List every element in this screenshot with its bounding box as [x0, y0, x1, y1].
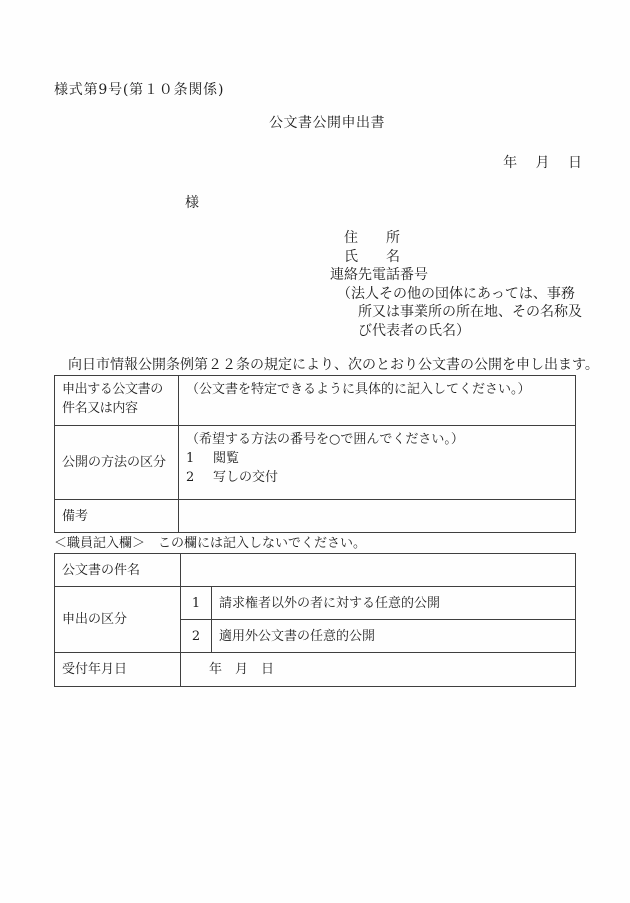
- corporate-note-line-3: び代表者の氏名）: [330, 322, 582, 341]
- method-option-1-label: 閲覧: [213, 451, 239, 466]
- category-1-number-cell: 1: [181, 587, 212, 620]
- method-input-cell: （希望する方法の番号を○で囲んでください。） 1閲覧 2写しの交付: [179, 426, 576, 500]
- staff-table: 公文書の件名 申出の区分 1 請求権者以外の者に対する任意的公開 2 適用外公文…: [54, 553, 576, 687]
- recipient-honorific: 様: [185, 192, 199, 212]
- category-1-label-cell: 請求権者以外の者に対する任意的公開: [212, 587, 576, 620]
- applicant-address-line: 住 所: [330, 229, 582, 248]
- method-option-2-label: 写しの交付: [213, 470, 278, 485]
- form-number: 様式第9号(第１０条関係): [54, 79, 224, 99]
- method-option-view: 1閲覧: [186, 449, 568, 468]
- method-option-1-number: 1: [186, 449, 213, 468]
- method-label-cell: 公開の方法の区分: [55, 426, 179, 500]
- method-option-2-number: 2: [186, 468, 213, 487]
- staff-section-heading: ＜職員記入欄＞ この欄には記入しないでください。: [54, 532, 366, 551]
- table-row: 備考: [55, 500, 576, 533]
- subject-label-cell: 申出する公文書の件名又は内容: [55, 376, 179, 426]
- application-date-line: 年 月 日: [54, 152, 582, 172]
- applicant-name-line: 氏 名: [330, 248, 582, 267]
- table-row: 受付年月日 年 月 日: [55, 653, 576, 687]
- staff-doc-title-input-cell: [181, 554, 576, 587]
- remarks-input-cell: [179, 500, 576, 533]
- applicant-info-block: 住 所 氏 名 連絡先電話番号 （法人その他の団体にあっては、事務 所又は事業所…: [330, 229, 582, 340]
- subject-input-cell: （公文書を特定できるように具体的に記入してください。）: [179, 376, 576, 426]
- table-row: 申出の区分 1 請求権者以外の者に対する任意的公開: [55, 587, 576, 620]
- method-note: （希望する方法の番号を○で囲んでください。）: [186, 430, 568, 449]
- intro-paragraph: 向日市情報公開条例第２２条の規定により、次のとおり公文書の公開を申し出ます。: [54, 354, 614, 374]
- table-row: 公文書の件名: [55, 554, 576, 587]
- form-page: 様式第9号(第１０条関係) 公文書公開申出書 年 月 日 様 住 所 氏 名 連…: [0, 0, 630, 903]
- remarks-label-cell: 備考: [55, 500, 179, 533]
- corporate-note-line-2: 所又は事業所の所在地、その名称及: [330, 303, 582, 322]
- corporate-note-line-1: （法人その他の団体にあっては、事務: [330, 285, 582, 304]
- reception-date-label-cell: 受付年月日: [55, 653, 181, 687]
- method-option-copy: 2写しの交付: [186, 468, 568, 487]
- reception-date-value-cell: 年 月 日: [181, 653, 576, 687]
- document-title: 公文書公開申出書: [54, 112, 600, 132]
- application-table: 申出する公文書の件名又は内容 （公文書を特定できるように具体的に記入してください…: [54, 375, 576, 533]
- applicant-phone-line: 連絡先電話番号: [330, 266, 582, 285]
- table-row: 公開の方法の区分 （希望する方法の番号を○で囲んでください。） 1閲覧 2写しの…: [55, 426, 576, 500]
- staff-doc-title-label-cell: 公文書の件名: [55, 554, 181, 587]
- category-2-label-cell: 適用外公文書の任意的公開: [212, 620, 576, 653]
- category-2-number-cell: 2: [181, 620, 212, 653]
- table-row: 申出する公文書の件名又は内容 （公文書を特定できるように具体的に記入してください…: [55, 376, 576, 426]
- category-label-cell: 申出の区分: [55, 587, 181, 653]
